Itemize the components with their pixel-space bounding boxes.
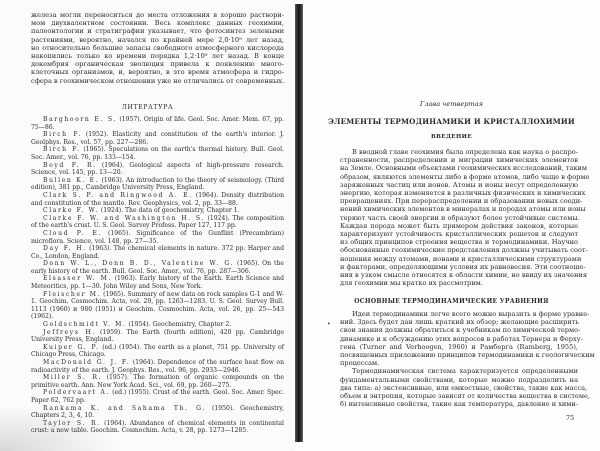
text-line: растениями, вероятно, начался по крайней…	[31, 36, 284, 44]
reference-item: Clarke F. W. and Washington H. S. (1924)…	[31, 215, 284, 230]
text-line: ношения между атомами, ионами и кристалл…	[340, 255, 578, 263]
reference-author: Clarke F. W.	[43, 207, 99, 214]
book-gutter	[295, 4, 303, 442]
reference-item: Boyd F. R. (1964). Geological aspects of…	[31, 162, 284, 177]
reference-author: Bullen K. E.	[43, 177, 99, 184]
reference-item: Rankama K. and Sahama Th. G. (1950). Geo…	[31, 405, 284, 420]
intro-paragraph: В вводной главе геохимия была определена…	[340, 148, 578, 287]
chapter-label: Глава четвертая	[303, 100, 600, 108]
reference-author: Donn W. L., Donn B. D., Valentine W. G.	[43, 260, 234, 267]
reference-item: Kuiper G. P. (ed.) (1954). The earth as …	[31, 344, 284, 359]
reference-author: Birch F.	[43, 146, 81, 153]
text-line: объем и энтропия, которые зависят от кол…	[340, 392, 578, 400]
text-line: процессам.	[340, 359, 578, 367]
reference-item: Goldschmidt V. M. (1954). Geochemistry, …	[31, 321, 284, 329]
text-line: палеонтологии и стратиграфии указывает, …	[31, 27, 284, 35]
text-line: обоснованные геохимические представления…	[340, 246, 578, 254]
text-line: клеточных организмов, и, вероятно, в это…	[31, 68, 284, 76]
text-line: сфера в геохимическом отношении уже не о…	[31, 77, 284, 85]
text-line: докембрия органическая эволюция привела …	[31, 60, 284, 68]
reference-author: Goldschmidt V. M.	[43, 321, 126, 328]
reference-author: Miller S. R.	[43, 374, 102, 381]
reference-item: Donn W. L., Donn B. D., Valentine W. G. …	[31, 260, 284, 275]
text-line: Идеи термодинамики легче всего можно выр…	[340, 310, 578, 318]
reference-author: Taylor S. R.	[43, 420, 101, 427]
text-line: характеризуют устойчивость кристаллическ…	[340, 230, 578, 238]
reference-item: Clarke F. W. (1924). The data of geochem…	[31, 207, 284, 215]
reference-author: Clark S. P. and Ringwood A. E.	[43, 192, 193, 199]
reference-author: Day F. H.	[43, 245, 87, 252]
text-line: мом двухвалентном состоянии. Весь компле…	[31, 19, 284, 27]
text-line: превращениях. При перераспределении и об…	[340, 197, 578, 205]
text-line: энергию, которая изменяется в различных …	[340, 189, 578, 197]
section-heading-intro: ВВЕДЕНИЕ	[303, 134, 600, 140]
text-line: свои знания должны обратиться к учебника…	[340, 326, 578, 334]
reference-item: Cloud P. E. (1965). Significance of the …	[31, 230, 284, 245]
margin-mark: •	[327, 321, 331, 328]
closing-paragraph: железа могли переноситься до места отлож…	[31, 11, 284, 85]
reference-item: MacDonald G. J. F. (1964). Dependence of…	[31, 359, 284, 374]
text-line: ния в узком смысле относятся к области х…	[340, 271, 578, 279]
reference-author: Rankama K. and Sahama Th. G.	[43, 405, 206, 412]
text-line: два типа: а) экстенсивные, или емкостные…	[340, 384, 578, 392]
section-heading-thermodynamics: ОСНОВНЫЕ ТЕРМОДИНАМИЧЕСКИЕ УРАВНЕНИЯ	[303, 298, 600, 305]
text-line: Каждая порода может быть примером действ…	[340, 222, 578, 230]
thermodynamics-paragraphs: Идеи термодинамики легче всего можно выр…	[340, 310, 578, 408]
literature-heading: ЛИТЕРАТУРА	[0, 104, 295, 111]
text-line: для геохимии мы кратко их рассмотрим.	[340, 279, 578, 287]
reference-author: Jeffreys H.	[43, 329, 96, 336]
text-line: накопились только ко времени порядка 1,2…	[31, 52, 284, 60]
reference-author: Boyd F. R.	[43, 162, 97, 169]
reference-item: Taylor S. R. (1964). Abundance of chemic…	[31, 420, 284, 435]
text-line: на Земле. Основными объектами геохимичес…	[340, 164, 578, 172]
text-line: образом, являются элементы либо в форме …	[340, 173, 578, 181]
reference-author: Fleischer M.	[43, 291, 101, 298]
reference-text: (1924). The data of geochemistry, Chapte…	[99, 207, 240, 214]
reference-item: Birch F. (1965). Speculations on the ear…	[31, 146, 284, 161]
text-line: нений химических элементов в минералах и…	[340, 205, 578, 213]
text-line: б) интенсивные свойства, такие как темпе…	[340, 400, 578, 408]
text-line: гена (Turner and Verhoogen, 1960) и Рамб…	[340, 343, 578, 351]
reference-list: Barghoorn E. S. (1957). Origin of life. …	[31, 116, 284, 435]
text-line: В вводной главе геохимия была определена…	[340, 148, 578, 156]
reference-item: Bullen K. E. (1963). An introduction to …	[31, 177, 284, 192]
text-line: но относительно большие запасы свободног…	[31, 44, 284, 52]
reference-item: Barghoorn E. S. (1957). Origin of life. …	[31, 116, 284, 131]
text-line: фундаментальными свойствами, которые мож…	[340, 376, 578, 384]
reference-item: Elsasser W. M. (1963). Early history of …	[31, 275, 284, 290]
reference-author: Elsasser W. M.	[43, 275, 112, 282]
reference-item: Jeffreys H. (1959). The Earth (fourth ed…	[31, 329, 284, 344]
reference-author: MacDonald G. J. F.	[43, 359, 130, 366]
reference-author: Kuiper G. P.	[43, 344, 100, 351]
reference-author: Clarke F. W. and Washington H. S.	[43, 215, 205, 222]
text-line: заряженных частиц или ионов. Атомы и ион…	[340, 181, 578, 189]
text-line: ний. Здесь будет дан лишь краткий их обз…	[340, 318, 578, 326]
reference-item: Poldervaart A. (ed.) (1955). Crust of th…	[31, 389, 284, 404]
text-line: страненности, распределении и миграции х…	[340, 156, 578, 164]
text-line: из общих принципов строения вещества и т…	[340, 238, 578, 246]
page-number: 75	[566, 414, 574, 422]
reference-item: Birch F. (1952). Elasticity and constitu…	[31, 131, 284, 146]
reference-item: Day F. H. (1963). The chemical elements …	[31, 245, 284, 260]
text-line: теряют часть своей энергии и образуют бо…	[340, 214, 578, 222]
text-line: и факторами, определяющими условия их ра…	[340, 263, 578, 271]
reference-item: Fleischer M. (1965). Summary of new data…	[31, 291, 284, 321]
reference-text: (1954). Geochemistry, Chapter 2.	[126, 321, 231, 328]
reference-author: Birch F.	[43, 131, 82, 138]
text-line: Термодинамическая система характеризуетс…	[340, 367, 578, 375]
text-line: посвященных приложению принципов термоди…	[340, 351, 578, 359]
reference-author: Cloud P. E.	[43, 230, 102, 237]
reference-author: Barghoorn E. S.	[43, 116, 117, 123]
reference-item: Miller S. R. (1957). The formation of or…	[31, 374, 284, 389]
reference-author: Poldervaart A.	[43, 389, 110, 396]
text-line: динамике и к обсуждению этих вопросов в …	[340, 335, 578, 343]
text-line: железа могли переноситься до места отлож…	[31, 11, 284, 19]
chapter-title: ЭЛЕМЕНТЫ ТЕРМОДИНАМИКИ И КРИСТАЛЛОХИМИИ	[303, 117, 600, 126]
reference-item: Clark S. P. and Ringwood A. E. (1964). D…	[31, 192, 284, 207]
